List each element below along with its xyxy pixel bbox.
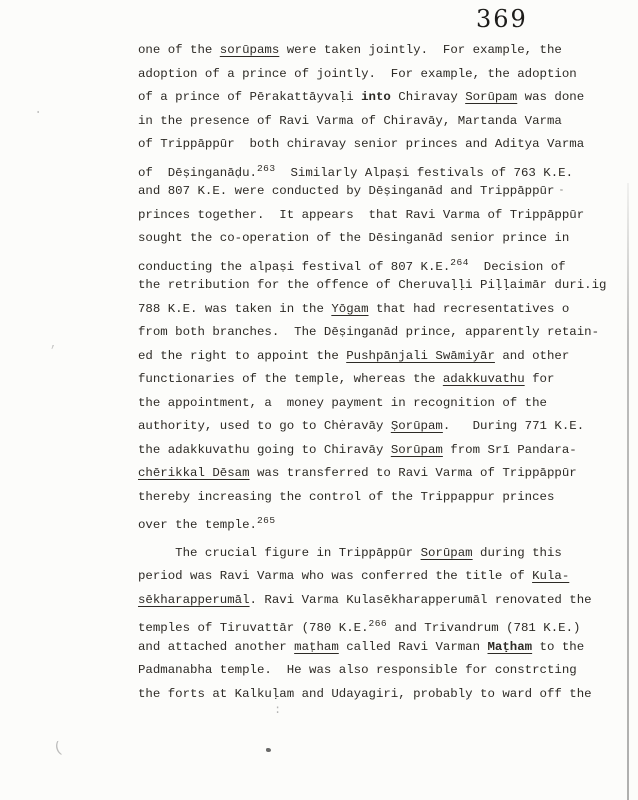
text-line: Padmanabha temple. He was also responsib… [138,659,608,683]
text-segment: and 807 K.E. were conducted by Dēṣinganā… [138,184,554,198]
text-segment: and Trivandrum (781 K.E.) [387,621,580,635]
text-line: functionaries of the temple, whereas the… [138,368,608,392]
page-number: 369 [476,5,528,33]
text-segment: the appointment, a money payment in reco… [138,396,547,410]
text-line: sought the co-operation of the Dēsinganā… [138,227,608,251]
text-line: the adakkuvathu going to Chiravāy Sorūpa… [138,439,608,463]
text-line: the retribution for the offence of Cheru… [138,274,608,298]
underlined-term: Ṣorūpam [391,419,443,433]
text-line: period was Ravi Varma who was conferred … [138,565,608,589]
text-line: thereby increasing the control of the Tr… [138,486,608,510]
text-line: from both branches. The Dēṣinganād princ… [138,321,608,345]
text-segment: over the temple. [138,518,257,532]
text-segment: one of the [138,43,220,57]
text-segment: to the [532,640,584,654]
text-line: of a prince of Pērakattāyvaḷi into Chira… [138,86,608,110]
underlined-term: Yōgam [331,302,368,316]
text-line: chērikkal Dēsam was transferred to Ravi … [138,462,608,486]
text-segment: the retribution for the offence of Cheru… [138,278,606,292]
text-segment: Decision of [469,260,566,274]
text-line: authority, used to go to Chėravāy Ṣorūpa… [138,415,608,439]
text-line: and 807 K.E. were conducted by Dēṣinganā… [138,180,608,204]
text-segment: authority, used to go to Chėravāy [138,419,391,433]
text-segment: into [361,90,391,104]
text-segment: of Dēṣinganāḍu. [138,166,257,180]
text-line: of Dēṣinganāḍu.263 Similarly Alpaṣi fest… [138,157,608,181]
scan-mark-artifact: · [34,105,42,121]
text-line: the forts at Kalkuḷam and Udayagiri, pro… [138,683,608,707]
text-line: The crucial figure in Trippāppūr Sorūpam… [138,542,608,566]
text-segment: Similarly Alpaṣi festivals of 763 K.E. [276,166,573,180]
underlined-term: sēkharapperumāl [138,593,250,607]
footnote-ref: 264 [450,257,469,268]
text-line: the appointment, a money payment in reco… [138,392,608,416]
underlined-term: Sorūpam [421,546,473,560]
paragraph: one of the sorūpams were taken jointly. … [138,39,608,533]
text-line: one of the sorūpams were taken jointly. … [138,39,608,63]
underlined-term: Sorūpam [465,90,517,104]
underlined-term: adakkuvathu [443,372,525,386]
text-segment: that had recresentatives o [369,302,570,316]
underlined-term: Kula- [532,569,569,583]
text-segment: princes together. It appears that Ravi V… [138,208,584,222]
scan-mark-artifact: ( [52,739,65,758]
text-segment: was done [517,90,584,104]
text-segment: The crucial figure in Trippāppūr [138,546,421,560]
text-segment: ed the right to appoint the [138,349,346,363]
underlined-term: Maṭham [488,640,533,654]
text-line: sēkharapperumāl. Ravi Varma Kulasēkharap… [138,589,608,613]
text-segment: thereby increasing the control of the Tr… [138,490,554,504]
text-line: in the presence of Ravi Varma of Chiravā… [138,110,608,134]
text-segment: period was Ravi Varma who was conferred … [138,569,532,583]
text-segment: of a prince of Pērakattāyvaḷi [138,90,361,104]
text-line: temples of Tiruvattār (780 K.E.266 and T… [138,612,608,636]
text-segment: during this [473,546,562,560]
scan-speck-artifact [266,748,271,752]
text-line: princes together. It appears that Ravi V… [138,204,608,228]
text-segment: from both branches. The Dēṣinganād princ… [138,325,599,339]
underlined-term: maṭham [294,640,339,654]
footnote-ref: 266 [369,618,388,629]
text-segment: from Srī Pandara- [443,443,577,457]
text-segment: of Trippāppūr both chiravay senior princ… [138,137,584,151]
underlined-term: Sorūpam [391,443,443,457]
scanned-page: 369 one of the sorūpams were taken joint… [0,0,638,800]
text-segment: for [525,372,555,386]
scan-mark-artifact: , [50,337,57,351]
text-segment: the adakkuvathu going to Chiravāy [138,443,391,457]
text-segment: and attached another [138,640,294,654]
footnote-ref: 265 [257,515,276,526]
body-text: one of the sorūpams were taken jointly. … [138,39,608,706]
text-segment: 788 K.E. was taken in the [138,302,331,316]
text-line: and attached another maṭham called Ravi … [138,636,608,660]
text-segment: Chiravay [391,90,465,104]
underlined-term: chērikkal Dēsam [138,466,250,480]
text-segment: Padmanabha temple. He was also responsib… [138,663,577,677]
text-segment: in the presence of Ravi Varma of Chiravā… [138,114,562,128]
underlined-term: Pushpānjali Swāmiyār [346,349,495,363]
text-line: over the temple.265 [138,509,608,533]
text-segment: called Ravi Varman [339,640,488,654]
text-line: adoption of a prince of jointly. For exa… [138,63,608,87]
text-segment: was transferred to Ravi Varma of Trippāp… [250,466,577,480]
text-segment: temples of Tiruvattār (780 K.E. [138,621,369,635]
text-line: ed the right to appoint the Pushpānjali … [138,345,608,369]
text-segment: . During 771 K.E. [443,419,584,433]
text-segment: the forts at Kalkuḷam and Udayagiri, pro… [138,687,592,701]
text-segment: functionaries of the temple, whereas the [138,372,443,386]
text-segment: and other [495,349,569,363]
text-segment: conducting the alpaṣi festival of 807 K.… [138,260,450,274]
text-line: 788 K.E. was taken in the Yōgam that had… [138,298,608,322]
text-segment: were taken jointly. For example, the [279,43,562,57]
text-line: of Trippāppūr both chiravay senior princ… [138,133,608,157]
text-segment: . Ravi Varma Kulasēkharapperumāl renovat… [250,593,592,607]
paragraph: The crucial figure in Trippāppūr Sorūpam… [138,542,608,707]
text-segment: adoption of a prince of jointly. For exa… [138,67,577,81]
text-segment: sought the co-operation of the Dēsinganā… [138,231,569,245]
scan-edge-line-artifact [627,183,629,800]
underlined-term: sorūpams [220,43,280,57]
footnote-ref: 263 [257,163,276,174]
text-line: conducting the alpaṣi festival of 807 K.… [138,251,608,275]
